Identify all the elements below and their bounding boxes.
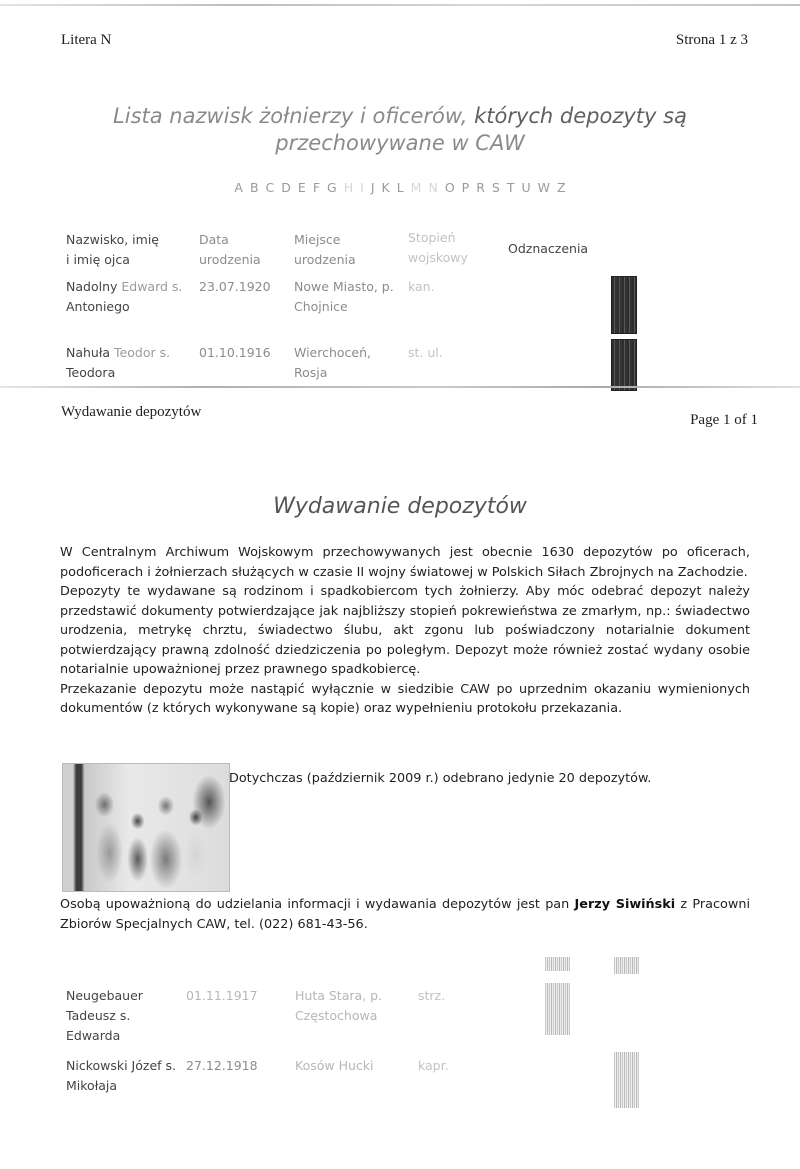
alphabet-letter-l[interactable]: L — [397, 180, 404, 195]
birth-place: Kosów Hucki — [295, 1056, 374, 1076]
page-title: Lista nazwisk żołnierzy i oficerów, któr… — [0, 103, 800, 157]
birth-place: Nowe Miasto, p. Chojnice — [294, 277, 394, 317]
table-row: Nahuła Teodor s. Teodora — [66, 343, 170, 383]
paragraph: Depozyty te wydawane są rodzinom i spadk… — [60, 582, 750, 680]
col-header-birth-place: Miejsce urodzenia — [294, 230, 356, 270]
page-edge-top — [0, 4, 800, 6]
alphabet-nav: ABCDEFGHIJKLMNOPRSTUWZ — [0, 180, 800, 195]
alphabet-letter-u[interactable]: U — [521, 180, 530, 195]
alphabet-letter-n[interactable]: N — [428, 180, 437, 195]
title-part1: Lista nazwisk żołnierzy i oficerów, — [113, 104, 474, 128]
alphabet-letter-o[interactable]: O — [445, 180, 455, 195]
table-row: Neugebauer Tadeusz s. Edwarda — [66, 986, 143, 1046]
medal-ribbon-image — [611, 339, 637, 391]
rank: st. ul. — [408, 343, 443, 363]
col-header-rank: Stopień wojskowy — [408, 228, 468, 268]
alphabet-letter-p[interactable]: P — [462, 180, 470, 195]
alphabet-letter-d[interactable]: D — [281, 180, 291, 195]
body-text: W Centralnym Archiwum Wojskowym przechow… — [60, 543, 750, 719]
header-page-number: Page 1 of 1 — [690, 412, 758, 429]
alphabet-letter-t[interactable]: T — [507, 180, 515, 195]
medal-ribbon-image — [611, 276, 637, 334]
medal-ribbon-image — [545, 957, 570, 971]
alphabet-letter-a[interactable]: A — [234, 180, 243, 195]
paragraph: Przekazanie depozytu może nastąpić wyłąc… — [60, 680, 750, 719]
rank: strz. — [418, 986, 445, 1006]
birth-place: Wierchoceń, Rosja — [294, 343, 371, 383]
page-divider — [0, 386, 800, 388]
alphabet-letter-e[interactable]: E — [298, 180, 306, 195]
header-left: Litera N — [61, 32, 111, 49]
col-header-decorations: Odznaczenia — [508, 239, 588, 259]
header-page-number: Strona 1 z 3 — [676, 32, 748, 49]
alphabet-letter-c[interactable]: C — [266, 180, 275, 195]
birth-date: 01.10.1916 — [199, 343, 271, 363]
contact-name: Jerzy Siwiński — [575, 897, 676, 912]
paragraph: W Centralnym Archiwum Wojskowym przechow… — [60, 543, 750, 582]
medal-ribbon-image — [614, 1052, 639, 1108]
alphabet-letter-h[interactable]: H — [344, 180, 353, 195]
alphabet-letter-g[interactable]: G — [327, 180, 337, 195]
alphabet-letter-s[interactable]: S — [492, 180, 500, 195]
medal-ribbon-image — [545, 983, 570, 1035]
contact-text: Osobą upoważnioną do udzielania informac… — [60, 895, 750, 934]
alphabet-letter-z[interactable]: Z — [557, 180, 566, 195]
rank: kapr. — [418, 1056, 449, 1076]
alphabet-letter-r[interactable]: R — [476, 180, 485, 195]
alphabet-letter-w[interactable]: W — [538, 180, 550, 195]
col-header-name: Nazwisko, imię i imię ojca — [66, 230, 159, 270]
birth-date: 27.12.1918 — [186, 1056, 258, 1076]
birth-place: Huta Stara, p. Częstochowa — [295, 986, 382, 1026]
photo-handover — [62, 763, 230, 892]
title-line2: przechowywane w CAW — [0, 130, 800, 157]
alphabet-letter-k[interactable]: K — [382, 180, 390, 195]
alphabet-letter-b[interactable]: B — [250, 180, 259, 195]
alphabet-letter-f[interactable]: F — [313, 180, 320, 195]
rank: kan. — [408, 277, 435, 297]
alphabet-letter-m[interactable]: M — [411, 180, 422, 195]
medal-ribbon-image — [614, 957, 639, 974]
alphabet-letter-j[interactable]: J — [371, 180, 375, 195]
photo-caption: Dotychczas (październik 2009 r.) odebran… — [229, 771, 651, 786]
col-header-birth-date: Data urodzenia — [199, 230, 261, 270]
header-left: Wydawanie depozytów — [61, 404, 201, 421]
birth-date: 23.07.1920 — [199, 277, 271, 297]
section-heading: Wydawanie depozytów — [0, 494, 800, 519]
alphabet-letter-i[interactable]: I — [360, 180, 364, 195]
table-row: Nadolny Edward s. Antoniego — [66, 277, 182, 317]
birth-date: 01.11.1917 — [186, 986, 258, 1006]
title-part2: których depozyty są — [474, 104, 687, 128]
table-row: Nickowski Józef s. Mikołaja — [66, 1056, 176, 1096]
